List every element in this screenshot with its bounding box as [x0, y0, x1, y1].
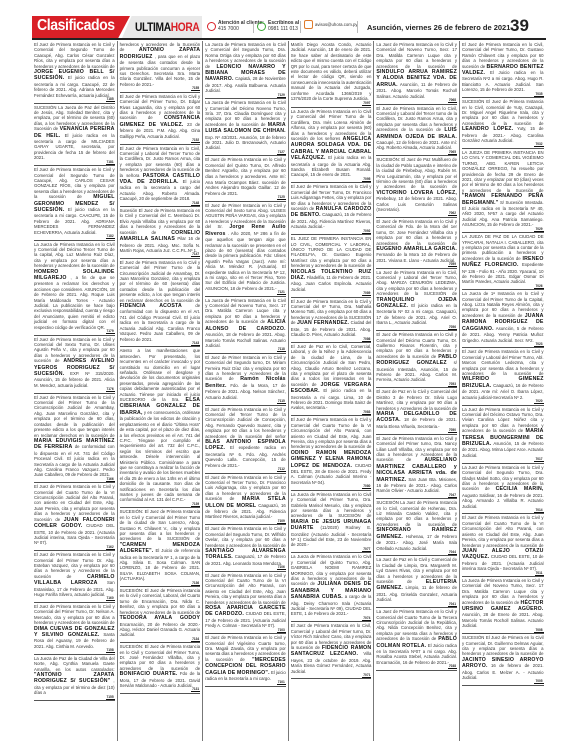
- notice-code: 7155: [120, 87, 201, 91]
- legal-notice: La Juez de Paz en lo Civil y Comercial d…: [376, 556, 457, 608]
- notice-text: de conformidad con lo dispuesto en el Ar…: [120, 303, 201, 341]
- legal-notice: La Juez de Primera Instancia en lo Civil…: [376, 269, 457, 332]
- notice-code: 7147: [120, 253, 201, 257]
- notice-code: 7106: [205, 566, 286, 570]
- legal-notice: herederos y acreedores de la Sucesión de…: [120, 41, 201, 93]
- column-1: El Juez de Primera Instancia en lo Civil…: [32, 41, 118, 741]
- legal-notice: El Juez de Primera Instancia en lo Civil…: [34, 551, 115, 603]
- notice-text: La Jueza de Primera Instancia en lo Civi…: [34, 242, 115, 269]
- notice-text: Caacupé, 12 de febrero de 2021. Ante mí:…: [376, 140, 457, 150]
- legal-notice: La Jueza de Primera Instancia en lo Civi…: [291, 553, 372, 622]
- legal-notice: El Juez de Primera Instancia en lo Civil…: [291, 298, 372, 343]
- notice-code: 7182: [34, 235, 115, 239]
- notice-code: 7029: [462, 228, 544, 232]
- notice-code: 7112: [205, 468, 286, 472]
- notice-text: , a fin de que se presenten a reclamar l…: [34, 275, 115, 330]
- notice-text: Exp. Nº 43/2021. Asunción, 18 de febrero…: [205, 135, 286, 151]
- legal-notice: La Jueza de Primera Instancia en lo Civi…: [291, 491, 372, 554]
- notice-text: El Juez de Primera Instancia en lo Civil…: [462, 349, 544, 376]
- notice-text: SUCESIÓN El Juez de Primera Instancia en…: [462, 99, 544, 126]
- notice-code: 7050: [376, 429, 457, 433]
- notice-code: 7136: [120, 582, 201, 586]
- legal-notice: El Juez de Primera Instancia en lo Civil…: [34, 394, 115, 484]
- deceased-name: CECILIA MARIN,: [496, 486, 544, 492]
- legal-notice: El Juez de Primera Instancia en lo Civil…: [205, 525, 286, 571]
- deceased-name: VICTORINO LOVERA LÓPEZ,: [376, 190, 457, 196]
- legal-notice: El Juez de Primera Instancia en lo Civil…: [205, 474, 286, 526]
- notice-text: Atento a las manifestaciones que anteced…: [120, 348, 201, 402]
- notice-text: SUCESIÓN: El Juez de Paz Multifuero de l…: [376, 157, 457, 189]
- notice-code: 7160: [34, 597, 115, 601]
- legal-notice: El Juez de Primera Instancia en lo Civil…: [291, 183, 372, 235]
- notice-code: 7179: [34, 330, 115, 334]
- notice-code: 7023: [462, 343, 544, 347]
- notice-text: SUCESIÓN: El Juez de Primera instancia e…: [120, 588, 201, 615]
- notice-code: 7074: [291, 617, 372, 621]
- notice-code: 7115: [205, 400, 286, 404]
- notice-code: 7162: [34, 546, 115, 550]
- notice-code: 7134: [120, 638, 201, 642]
- notice-text: Asunción, 28 de Enero de 2021. Abog. Mar…: [462, 612, 544, 628]
- notice-code: 7005: [462, 680, 544, 684]
- notice-code: 7089: [291, 292, 372, 296]
- section-title: Clasificados: [37, 17, 115, 35]
- notice-code: 7071: [291, 674, 372, 678]
- notice-text: La Juez de Primera Instancia en lo Civil…: [376, 42, 457, 69]
- notice-text: Encarnación, 20 de Febrero de 2020.- Abo…: [120, 622, 201, 638]
- phone-icon: [207, 22, 216, 31]
- notice-code: 7139: [120, 503, 201, 507]
- legal-notice: La Jueza de Primera Instancia en lo Civi…: [462, 577, 544, 634]
- legal-notice: El Juez de Primera Instancia en lo Civil…: [462, 348, 544, 405]
- notice-code: 7026: [462, 285, 544, 289]
- legal-notice: El Juez de Primera Instancia en lo Civil…: [462, 514, 544, 577]
- notice-code: 7158: [34, 649, 115, 653]
- legal-notice: LA JUEZA DE PAZ DE LA CIUDAD DE YPACARAI…: [462, 233, 544, 290]
- divider: [357, 21, 358, 33]
- notice-code: 7121: [205, 291, 286, 295]
- notice-code: 7011: [462, 572, 544, 576]
- legal-notice: El Juez de Primera Instancia en lo Civil…: [376, 331, 457, 388]
- legal-notice: La Jueza de Paz de la Ciudad de Villa de…: [34, 655, 115, 701]
- legal-notice: El Juez de Primera Instancia en lo Civil…: [376, 105, 457, 157]
- deceased-name: TEODORA AYALA GODOY: [120, 615, 201, 621]
- notice-text: La Jueza de Primera Instancia en lo Civi…: [291, 492, 372, 519]
- notice-text: El Juez de Primera Instancia en lo Civil…: [34, 604, 115, 625]
- notice-text: Pirebebuy, 10 de febrero de 2021. Abog. …: [376, 196, 457, 212]
- divider: [300, 21, 301, 33]
- notice-code: 7166: [34, 478, 115, 482]
- notice-code: 7059: [376, 263, 457, 267]
- notice-text: El Juez de Primera Instancia en lo Civil…: [291, 417, 372, 449]
- legal-notice: La Juez de Primera Instancia en lo Civil…: [376, 608, 457, 671]
- notice-code: 7062: [376, 212, 457, 216]
- legal-notice: El Juez de Primera Instancia en lo Civil…: [205, 634, 286, 687]
- deceased-name: "ANTONIO ZAPATA RODRIGUEZ S/ SUCESIÓN": [34, 672, 115, 684]
- notice-code: 7095: [291, 178, 372, 182]
- legal-notice: La Jueza de Primera Instancia en lo Civi…: [291, 108, 372, 183]
- deceased-name: BONIFACIO DUARTE.: [120, 671, 178, 677]
- legal-notice: El Juez de Primera Instancia en lo Civil…: [34, 336, 115, 394]
- legal-notice: El Juez de Primera Instancia en lo Civil…: [34, 483, 115, 551]
- legal-notice: El Juez de Primera Instancia en lo Civil…: [291, 416, 372, 490]
- notice-text: El Juez de Primera Instancia en lo Civil…: [462, 515, 544, 547]
- legal-notice: La Juez de Primera Instancia en lo Civil…: [462, 406, 544, 464]
- legal-notice: La Jueza de Primera Instancia en lo Civi…: [205, 297, 286, 354]
- legal-notice: La Jueza de Primera Instancia en lo Civi…: [34, 241, 115, 336]
- deceased-name: JUAN FERNANDEZ.: [297, 320, 349, 326]
- legal-notice: El Juez de Primera Instancia en lo Civil…: [376, 435, 457, 500]
- legal-notice: El Juez de Primera Instancia en lo Civil…: [376, 218, 457, 269]
- notice-code: 7053: [376, 383, 457, 387]
- notice-code: 7086: [291, 338, 372, 342]
- notice-code: 7101: [205, 681, 286, 685]
- column-4: Martín Diego Acosta Condo, Actuario Judi…: [289, 41, 375, 741]
- legal-notice: SUCESIÓN: El Juez de Primera Instancia e…: [120, 508, 201, 587]
- notice-text: SUCESIÓN: El Juez de Primera Instancia e…: [120, 644, 201, 671]
- deceased-name: EUGENIO AMARILLA GARCIA.: [376, 246, 457, 252]
- notice-text: Fernando de la Mora 10 de Febrero de 202…: [376, 252, 457, 262]
- legal-notice: Martín Diego Acosta Condo, Actuario Judi…: [291, 41, 372, 108]
- envelope-icon: [304, 20, 313, 29]
- legal-notice: La Jueza de 1ª Instancia en lo Civil y C…: [462, 290, 544, 348]
- notice-code: 7035: [462, 93, 544, 97]
- whatsapp-icon: [257, 22, 266, 31]
- notice-text: SUCESIÓN: El Juez de Primera Instancia e…: [120, 509, 201, 541]
- notice-text: a herederos y acreedores. Ante mí: Ana M…: [205, 174, 286, 196]
- notice-text: La Jueza de Paz de la Ciudad de Villa de…: [34, 656, 115, 672]
- notice-code: 7185: [34, 98, 115, 102]
- notice-text: El Juez de Paz en lo Civil, Comercial, L…: [291, 344, 372, 387]
- notice-code: 7020: [462, 400, 544, 404]
- notice-code: 7038: [376, 665, 457, 669]
- column-3: La Jueza de Primera Instancia en lo Civi…: [203, 41, 289, 741]
- publication-date: Asunción, viernes 26 de febrero de 2021: [367, 23, 510, 32]
- notice-code: 7047: [376, 494, 457, 498]
- notice-code: 7125: [205, 196, 286, 200]
- notice-code: 7008: [462, 629, 544, 633]
- notice-code: 7083: [291, 411, 372, 415]
- column-5: La Juez de Primera Instancia en lo Civil…: [374, 41, 460, 741]
- notice-text: Augusto Saldivar, 16 de Febrero de 2021.…: [462, 493, 544, 509]
- legal-notice: El Juez de Primera Instancia en lo Civil…: [205, 572, 286, 635]
- notice-code: 7017: [462, 458, 544, 462]
- notice-code: 7044: [376, 551, 457, 555]
- header-rule: [32, 38, 546, 40]
- legal-notice: EL JUEZ DE PRIMERA INSTANCIA EN LO CIVIL…: [291, 235, 372, 298]
- legal-notice: SUCESIÓN El Juez de Primera Instancia en…: [462, 98, 544, 149]
- notice-text: SUCESIÓN El Juez de Primera en lo Civil …: [462, 635, 544, 656]
- whatsapp-contact: Escribinos al0981 111 013: [257, 20, 299, 32]
- legal-notice: El Juez de Primera Instancia en lo Civil…: [120, 145, 201, 208]
- notice-code: 7155: [34, 696, 115, 700]
- legal-notice: SUCESIÓN La Juez de Primera Instancia en…: [376, 499, 457, 556]
- legal-notice: Sucesión El Juez de Primera Instancia en…: [120, 207, 201, 259]
- notice-code: 7068: [376, 99, 457, 103]
- legal-notice: La Jueza de Primera Instancia en lo Civi…: [205, 99, 286, 156]
- notice-code: 7148: [120, 202, 201, 206]
- notice-text: El Juez de Primera Instancia en lo Civil…: [205, 407, 286, 439]
- column-2: herederos y acreedores de la Sucesión de…: [118, 41, 204, 741]
- notice-text: Asunción, 18 de Febrero de 2021. Abog. M…: [205, 332, 286, 348]
- legal-notice: El Juez de Paz en lo Civil, Comercial, L…: [291, 343, 372, 416]
- notice-code: 7143: [120, 342, 201, 346]
- notice-code: 7041: [376, 603, 457, 607]
- page-number: 39: [510, 16, 529, 36]
- legal-notice: El Juez de Primera Instancia en lo Civil…: [291, 622, 372, 679]
- legal-notice: El Juez de Primera Instancia en lo Civil…: [34, 166, 115, 240]
- notice-code: 7109: [205, 520, 286, 524]
- legal-notice: El Juez de Primer Instancia en lo Civil …: [205, 202, 286, 297]
- legal-notice: El Juez de Primer Instancia en lo Civil …: [205, 354, 286, 406]
- notice-code: 7127: [205, 151, 286, 155]
- divider: [253, 21, 254, 33]
- notice-code: 7080: [291, 485, 372, 489]
- notice-code: 7181: [34, 161, 115, 165]
- notice-code: 7176: [34, 388, 115, 392]
- newspaper-logo: ULTIMAHORA: [135, 20, 199, 34]
- notice-text: El Juez de Paz en lo Civil y Comercial d…: [376, 389, 457, 410]
- page-header: Clasificados ULTIMAHORA Atención al clie…: [32, 14, 546, 38]
- legal-notice: El Juez de Primera Instancia en lo Civil…: [205, 406, 286, 474]
- notice-text: LA JUEZA DE PRIMERA INSTANCIA EN LO CIVI…: [462, 150, 544, 193]
- notice-code: 7032: [462, 143, 544, 147]
- notice-text: El Juez de Primera Instancia en lo Civil…: [205, 573, 286, 605]
- legal-notice: SUCESIÓN: El Juez de Primera instancia e…: [120, 587, 201, 643]
- legal-notice: SUCESIÓN La Jueza de Paz del Distrito de…: [34, 104, 115, 167]
- notice-text: El Juez de Primera Instancia en lo Civil…: [34, 395, 115, 438]
- notice-code: 7014: [462, 509, 544, 513]
- notice-text: El Juez de Primera Instancia en lo Civil…: [205, 526, 286, 547]
- legal-notice: El Juez de Primera Instancia en lo Civil…: [462, 41, 544, 98]
- notice-text: El Juez de Primera Instancia en lo Civil…: [120, 260, 201, 303]
- notice-code: 7097: [291, 102, 372, 106]
- notice-code: 7152: [120, 139, 201, 143]
- legal-notice: El Juez de Primera Instancia en lo Civil…: [34, 41, 115, 104]
- notice-text: El Juez de Primera Instancia en lo Civil…: [34, 42, 115, 69]
- notice-text: La Juez de Primera Instancia en lo Civil…: [376, 270, 457, 297]
- notice-code: 7129: [205, 94, 286, 98]
- notice-text: Martín Diego Acosta Condo, Actuario Judi…: [291, 42, 372, 101]
- legal-notice: SUCESIÓN El Juez de Primera en lo Civil …: [462, 634, 544, 686]
- column-6: El Juez de Primera Instancia en lo Civil…: [460, 41, 546, 741]
- notice-code: 7131: [120, 688, 201, 692]
- notice-code: 7103: [205, 629, 286, 633]
- customer-service-contact: Atención al cliente:415 7000: [207, 20, 264, 32]
- legal-notice: La Juez de Primera Instancia en lo Civil…: [376, 41, 457, 105]
- notice-text: El Juez de Primera Instancia en lo Civil…: [376, 219, 457, 246]
- legal-notice: LA JUEZA DE PRIMERA INSTANCIA EN LO CIVI…: [462, 149, 544, 233]
- legal-notice: Atento a las manifestaciones que anteced…: [120, 347, 201, 508]
- notice-code: 7092: [291, 230, 372, 234]
- classifieds-columns: El Juez de Primera Instancia en lo Civil…: [32, 41, 546, 741]
- legal-notice: El Juez de Primera Instancia en lo Civil…: [34, 603, 115, 655]
- legal-notice: La Jueza de Primera Instancia en lo Civi…: [205, 41, 286, 99]
- legal-notice: SUCESIÓN: El Juez de Primera Instancia e…: [120, 643, 201, 694]
- deceased-name: FIDENCIA ACOSTA: [120, 303, 182, 309]
- email-contact: avisos@uhora.com.py: [304, 20, 358, 29]
- legal-notice: El Juez de Primera Instancia en lo Civil…: [120, 93, 201, 145]
- notice-code: 7118: [205, 348, 286, 352]
- legal-notice: La Juez de Primera Instancia en lo Civil…: [462, 464, 544, 515]
- notice-text: y en consecuencia, ordénase la publicaci…: [120, 410, 201, 503]
- notice-code: 7056: [376, 326, 457, 330]
- notice-text: SUCESIÓN La Juez de Primera Instancia en…: [376, 500, 457, 527]
- deceased-name: LEANDRO LÓPEZ.: [462, 126, 513, 132]
- section-banner: Clasificados: [32, 16, 130, 38]
- notice-code: 7077: [291, 548, 372, 552]
- legal-notice: El Juez de Paz en lo Civil y Comercial d…: [376, 388, 457, 434]
- notice-code: 7065: [376, 151, 457, 155]
- legal-notice: SUCESIÓN: El Juez de Paz Multifuero de l…: [376, 156, 457, 218]
- legal-notice: El Juez de Primera Instancia en lo Civil…: [120, 259, 201, 348]
- notice-text: . Año 2020, Nº 286 a fin de que aquellos…: [205, 231, 286, 291]
- legal-notice: El Juez de Primera Instancia en lo Civil…: [205, 156, 286, 201]
- notice-text: EL JUEZ DE PRIMERA INSTANCIA EN LO CIVIL…: [291, 236, 372, 268]
